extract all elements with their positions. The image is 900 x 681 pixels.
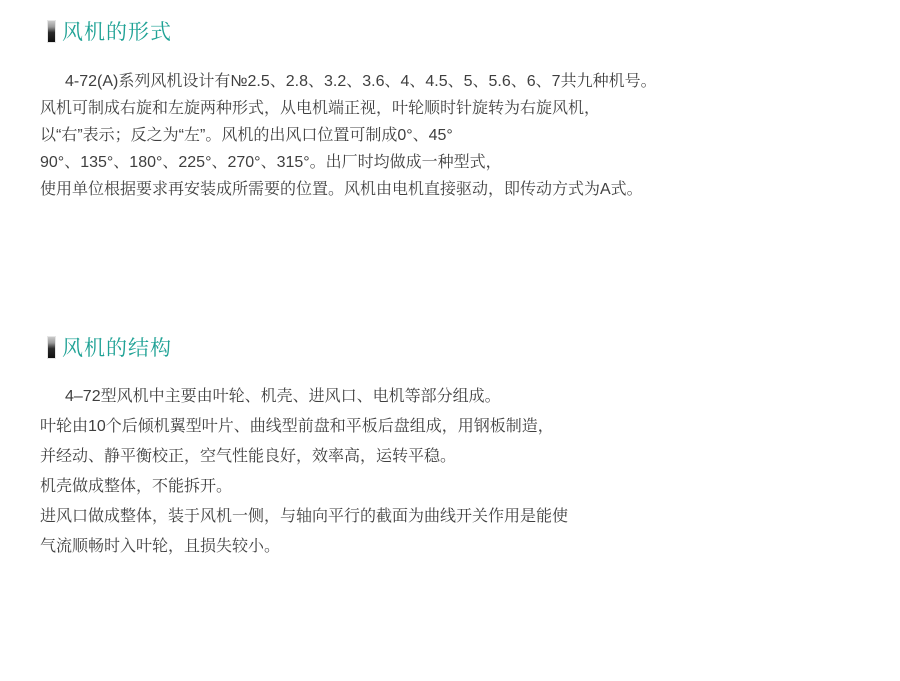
text-line: 以“右”表示；反之为“左”。风机的出风口位置可制成0°、45° — [40, 122, 900, 149]
text-line: 进风口做成整体，装于风机一侧，与轴向平行的截面为曲线开关作用是能使 — [40, 502, 900, 532]
heading-bar-icon — [48, 337, 55, 358]
document-page: 风机的形式 4-72(A)系列风机设计有№2.5、2.8、3.2、3.6、4、4… — [0, 0, 900, 681]
text-line: 机壳做成整体，不能拆开。 — [40, 472, 900, 502]
section-heading: 风机的形式 — [48, 18, 900, 44]
section-fan-structure: 风机的结构 4–72型风机中主要由叶轮、机壳、进风口、电机等部分组成。 叶轮由1… — [0, 334, 900, 562]
text-line: 并经动、静平衡校正，空气性能良好，效率高，运转平稳。 — [40, 442, 900, 472]
section-fan-form: 风机的形式 4-72(A)系列风机设计有№2.5、2.8、3.2、3.6、4、4… — [0, 18, 900, 203]
heading-bar-icon — [48, 21, 55, 42]
section-title: 风机的形式 — [62, 16, 172, 46]
section-title: 风机的结构 — [62, 332, 172, 362]
text-line: 叶轮由10个后倾机翼型叶片、曲线型前盘和平板后盘组成，用钢板制造， — [40, 412, 900, 442]
section-paragraph: 4-72(A)系列风机设计有№2.5、2.8、3.2、3.6、4、4.5、5、5… — [0, 68, 900, 203]
section-paragraph: 4–72型风机中主要由叶轮、机壳、进风口、电机等部分组成。 叶轮由10个后倾机翼… — [0, 382, 900, 562]
section-heading: 风机的结构 — [48, 334, 900, 360]
text-line: 90°、135°、180°、225°、270°、315°。出厂时均做成一种型式， — [40, 149, 900, 176]
text-line: 4–72型风机中主要由叶轮、机壳、进风口、电机等部分组成。 — [40, 382, 900, 412]
text-line: 气流顺畅时入叶轮，且损失较小。 — [40, 532, 900, 562]
text-line: 风机可制成右旋和左旋两种形式，从电机端正视，叶轮顺时针旋转为右旋风机， — [40, 95, 900, 122]
text-line: 4-72(A)系列风机设计有№2.5、2.8、3.2、3.6、4、4.5、5、5… — [40, 68, 900, 95]
text-line: 使用单位根据要求再安装成所需要的位置。风机由电机直接驱动，即传动方式为A式。 — [40, 176, 900, 203]
